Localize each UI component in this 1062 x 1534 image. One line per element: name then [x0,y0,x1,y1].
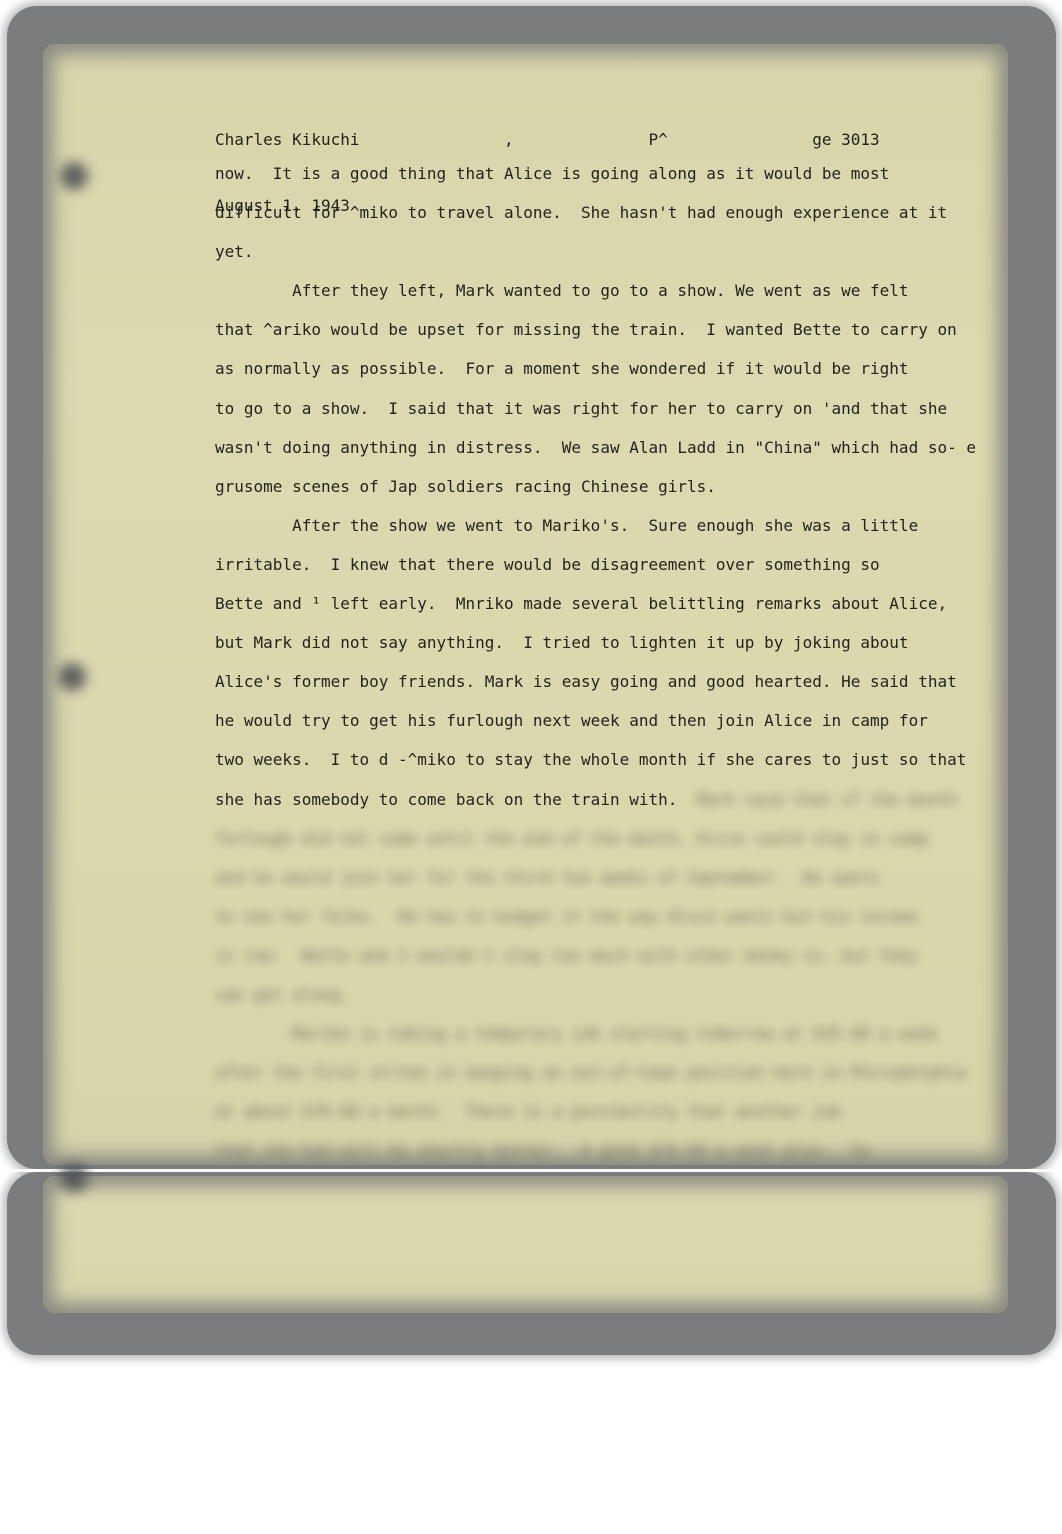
hole-punch-icon [60,1164,88,1192]
text-line: wasn't doing anything in distress. We sa… [215,428,976,467]
scan-frame-bottom [7,1172,1056,1355]
text-line: difficult for ^miko to travel alone. She… [215,193,976,232]
illegible-smudged-text: furlough did not come until the end of t… [215,829,928,848]
text-line: two weeks. I to d -^miko to stay the who… [215,740,976,779]
hole-punch-icon [58,663,86,691]
illegible-smudged-text: and he would join her for the third two … [215,868,880,887]
text-line: grusome scenes of Jap soldiers racing Ch… [215,467,976,506]
text-line-illegible: at about $70.00 a month. There is a poss… [215,1092,976,1131]
text-line: Bette and ¹ left early. Mnriko made seve… [215,584,976,623]
diary-body-text: now. It is a good thing that Alice is go… [215,154,976,1170]
text-line: After they left, Mark wanted to go to a … [215,271,976,310]
illegible-smudged-text: is low. Bette and I wouldn't stay too mu… [215,946,918,965]
text-line: Alice's former boy friends. Mark is easy… [215,662,976,701]
text-line-illegible: she has somebody to come back on the tra… [215,780,976,819]
text-line-illegible: that she had will be shortly better. A g… [215,1131,976,1170]
text-line: yet. [215,232,976,271]
header-line-author-page: Charles Kikuchi , P^ ge 3013 [215,129,880,151]
text-line-illegible: and he would join her for the third two … [215,858,976,897]
illegible-smudged-text: Mark said that if the month [697,790,957,809]
text-line: he would try to get his furlough next we… [215,701,976,740]
hole-punch-icon [60,162,88,190]
scan-seam [0,1169,1062,1172]
text-line-illegible: after the first strike in keeping an out… [215,1053,976,1092]
text-line: that ^ariko would be upset for missing t… [215,310,976,349]
text-line-illegible: is low. Bette and I wouldn't stay too mu… [215,936,976,975]
text-line-illegible: can get along. [215,975,976,1014]
text-line: as normally as possible. For a moment sh… [215,349,976,388]
illegible-smudged-text: Mariko is taking a temporary job startin… [292,1024,937,1043]
illegible-smudged-text: at about $70.00 a month. There is a poss… [215,1102,841,1121]
paper-sheet-bottom [43,1176,1008,1313]
text-line: After the show we went to Mariko's. Sure… [215,506,976,545]
illegible-smudged-text: after the first strike in keeping an out… [215,1063,966,1082]
text-line-illegible: furlough did not come until the end of t… [215,819,976,858]
illegible-smudged-text: that she had will be shortly better. A g… [215,1141,870,1160]
text-line: irritable. I knew that there would be di… [215,545,976,584]
text-line: but Mark did not say anything. I tried t… [215,623,976,662]
text-line: to go to a show. I said that it was righ… [215,389,976,428]
text-line-illegible: Mariko is taking a temporary job startin… [215,1014,976,1053]
illegible-smudged-text: to see her folks. He has to budget it th… [215,907,918,926]
text-line-illegible: to see her folks. He has to budget it th… [215,897,976,936]
scanned-document-page: Charles Kikuchi , P^ ge 3013 August 1, 1… [0,0,1062,1534]
illegible-smudged-text: can get along. [215,985,350,1004]
text-line: now. It is a good thing that Alice is go… [215,154,976,193]
